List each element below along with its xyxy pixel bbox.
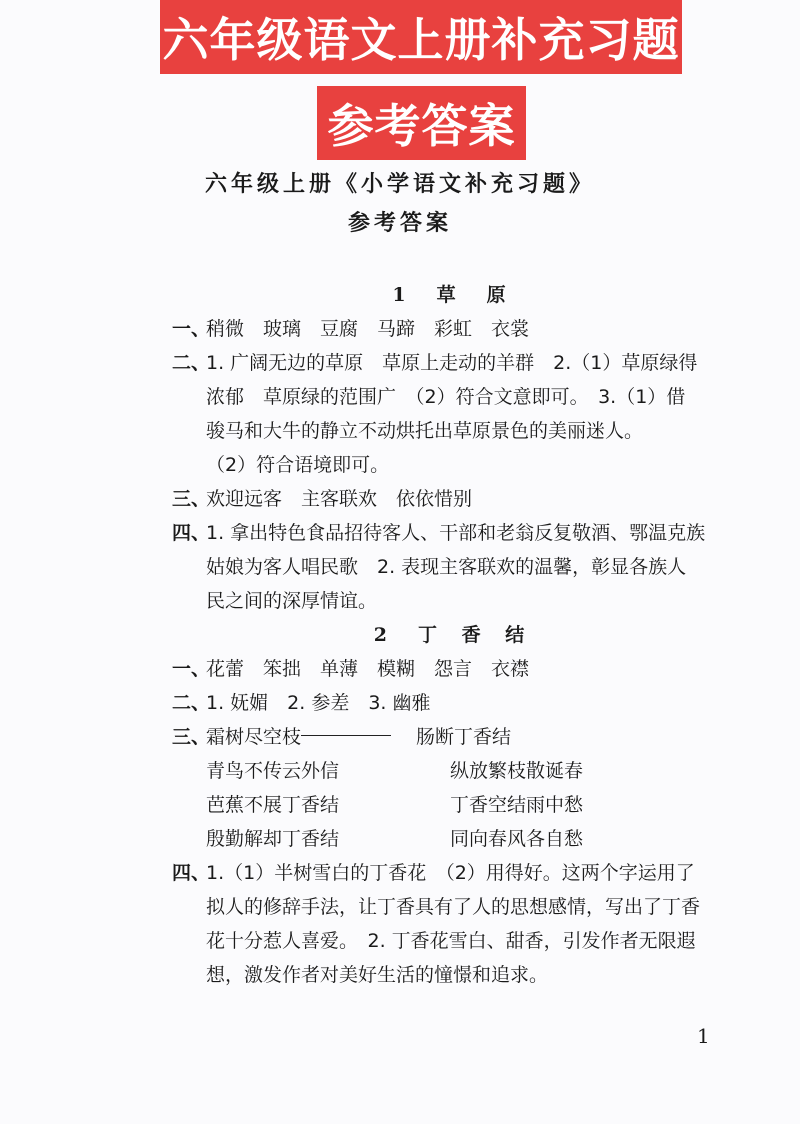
match-row: 芭蕉不展丁香结 丁香空结雨中愁 xyxy=(206,788,732,822)
question-4: 四、 1. 拿出特色食品招待客人、干部和老翁反复敬酒、鄂温克族 姑娘为客人唱民歌… xyxy=(172,516,732,618)
banner-subtitle: 参考答案 xyxy=(317,86,526,160)
answer-line: 稍微 玻璃 豆腐 马蹄 彩虹 衣裳 xyxy=(206,312,732,346)
question-3-matching: 三、 霜树尽空枝 肠断丁香结 青鸟不传云外信 纵放繁枝散诞春 芭蕉不展丁香结 丁… xyxy=(172,720,732,856)
answer-line: 骏马和大牛的静立不动烘托出草原景色的美丽迷人。 xyxy=(206,414,732,448)
answer-line: 1. 拿出特色食品招待客人、干部和老翁反复敬酒、鄂温克族 xyxy=(206,516,732,550)
question-number: 二、 xyxy=(172,346,206,482)
question-number: 四、 xyxy=(172,856,206,992)
document-title: 六年级上册《小学语文补充习题》 xyxy=(0,167,800,198)
match-left: 霜树尽空枝 xyxy=(206,726,301,748)
banner-title: 六年级语文上册补充习题 xyxy=(160,0,682,74)
answer-line: （2）符合语境即可。 xyxy=(206,448,732,482)
match-left: 青鸟不传云外信 xyxy=(206,754,450,788)
question-number: 一、 xyxy=(172,652,206,686)
document-subtitle: 参考答案 xyxy=(0,206,800,237)
answer-line: 花十分惹人喜爱。 2. 丁香花雪白、甜香，引发作者无限遐 xyxy=(206,924,732,958)
answer-line: 花蕾 笨拙 单薄 模糊 怨言 衣襟 xyxy=(206,652,732,686)
question-1: 一、 稍微 玻璃 豆腐 马蹄 彩虹 衣裳 xyxy=(172,312,732,346)
question-4: 四、 1.（1）半树雪白的丁香花 （2）用得好。这两个字运用了 拟人的修辞手法，… xyxy=(172,856,732,992)
answer-line: 1. 妩媚 2. 参差 3. 幽雅 xyxy=(206,686,732,720)
match-left: 芭蕉不展丁香结 xyxy=(206,788,450,822)
answer-line: 1.（1）半树雪白的丁香花 （2）用得好。这两个字运用了 xyxy=(206,856,732,890)
question-number: 三、 xyxy=(172,720,206,856)
match-left: 殷勤解却丁香结 xyxy=(206,822,450,856)
answer-line: 1. 广阔无边的草原 草原上走动的羊群 2.（1）草原绿得 xyxy=(206,346,732,380)
match-right: 同向春风各自愁 xyxy=(450,822,583,856)
question-2: 二、 1. 广阔无边的草原 草原上走动的羊群 2.（1）草原绿得 浓郁 草原绿的… xyxy=(172,346,732,482)
match-right: 丁香空结雨中愁 xyxy=(450,788,583,822)
lesson-title: 2 丁 香 结 xyxy=(172,618,732,652)
answer-line: 拟人的修辞手法，让丁香具有了人的思想感情，写出了丁香 xyxy=(206,890,732,924)
question-number: 三、 xyxy=(172,482,206,516)
question-number: 一、 xyxy=(172,312,206,346)
question-3: 三、 欢迎远客 主客联欢 依依惜别 xyxy=(172,482,732,516)
question-number: 二、 xyxy=(172,686,206,720)
answer-line: 姑娘为客人唱民歌 2. 表现主客联欢的温馨，彰显各族人 xyxy=(206,550,732,584)
answer-line: 浓郁 草原绿的范围广 （2）符合文意即可。 3.（1）借 xyxy=(206,380,732,414)
match-right: 纵放繁枝散诞春 xyxy=(450,754,583,788)
question-1: 一、 花蕾 笨拙 单薄 模糊 怨言 衣襟 xyxy=(172,652,732,686)
question-2: 二、 1. 妩媚 2. 参差 3. 幽雅 xyxy=(172,686,732,720)
lesson-title: 1 草 原 xyxy=(172,278,732,312)
answer-content: 1 草 原 一、 稍微 玻璃 豆腐 马蹄 彩虹 衣裳 二、 1. 广阔无边的草原… xyxy=(172,278,732,992)
page-number: 1 xyxy=(697,1024,710,1048)
match-row: 殷勤解却丁香结 同向春风各自愁 xyxy=(206,822,732,856)
answer-line: 欢迎远客 主客联欢 依依惜别 xyxy=(206,482,732,516)
match-row: 霜树尽空枝 肠断丁香结 xyxy=(206,720,732,754)
answer-line: 想，激发作者对美好生活的憧憬和追求。 xyxy=(206,958,732,992)
match-row: 青鸟不传云外信 纵放繁枝散诞春 xyxy=(206,754,732,788)
connector-line xyxy=(301,735,391,736)
question-number: 四、 xyxy=(172,516,206,618)
match-right: 肠断丁香结 xyxy=(416,720,511,754)
answer-line: 民之间的深厚情谊。 xyxy=(206,584,732,618)
